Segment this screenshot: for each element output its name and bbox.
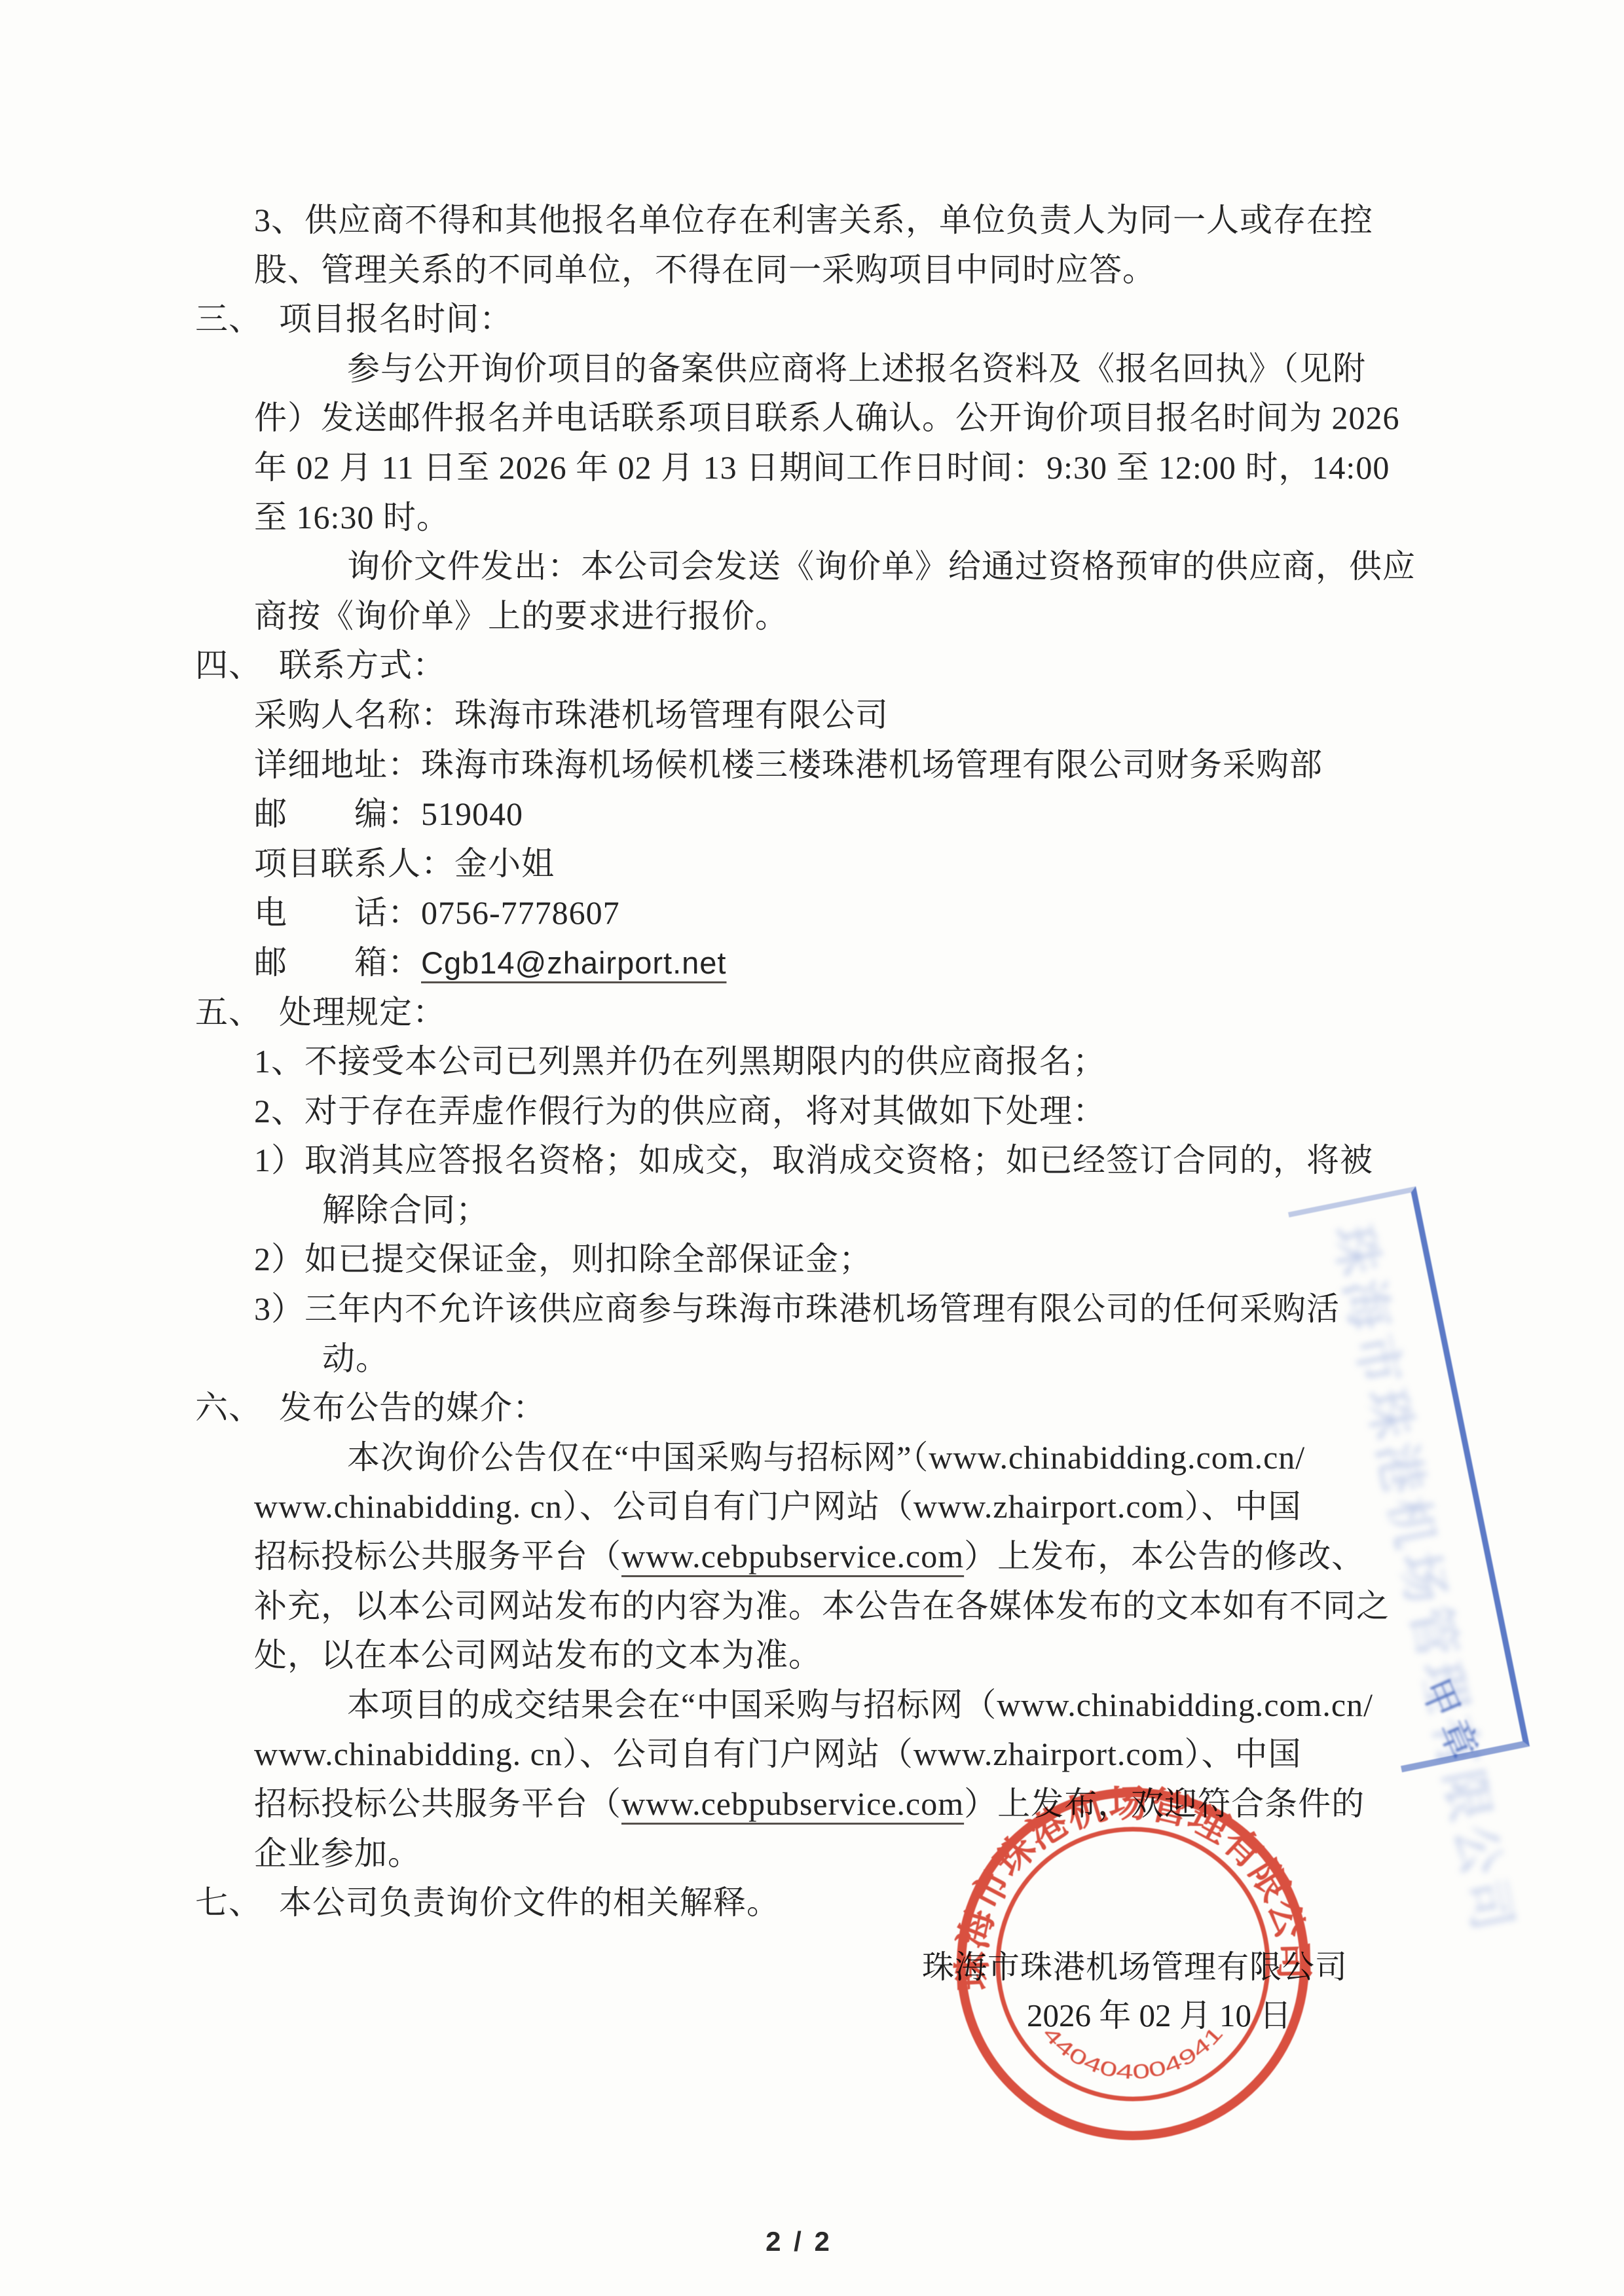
svg-text:440404004941: 440404004941 <box>1039 2022 1228 2083</box>
text-line: 电 话：0756-7778607 <box>0 888 1624 938</box>
text-segment: 本项目的成交结果会在“中国采购与招标网（www.chinabidding.com… <box>347 1686 1373 1723</box>
seal-inner-ring <box>998 1829 1268 2099</box>
text-segment: 项目联系人：金小姐 <box>254 845 555 882</box>
scanned-document-page: 3、供应商不得和其他报名单位存在利害关系，单位负责人为同一人或存在控股、管理关系… <box>0 0 1624 2296</box>
text-segment: 六、 发布公告的媒介： <box>195 1389 546 1426</box>
text-line: 企业参加。 <box>0 1829 1624 1879</box>
text-segment: 招标投标公共服务平台（ <box>254 1538 621 1575</box>
text-segment: 1）取消其应答报名资格；如成交，取消成交资格；如已经签订合同的，将被 <box>254 1142 1373 1178</box>
text-line: 2、对于存在弄虚作假行为的供应商，将对其做如下处理： <box>0 1087 1624 1137</box>
text-segment: 处，以在本公司网站发布的文本为准。 <box>254 1637 822 1673</box>
link-text: www.cebpubservice.com <box>621 1538 964 1575</box>
text-segment: 参与公开询价项目的备案供应商将上述报名资料及《报名回执》（见附 <box>347 350 1366 387</box>
text-segment: 2、对于存在弄虚作假行为的供应商，将对其做如下处理： <box>254 1093 1106 1129</box>
text-line: 年 02 月 11 日至 2026 年 02 月 13 日期间工作日时间：9:3… <box>0 443 1624 493</box>
text-segment: 详细地址：珠海市珠海机场候机楼三楼珠港机场管理有限公司财务采购部 <box>254 746 1323 783</box>
text-line: 详细地址：珠海市珠海机场候机楼三楼珠港机场管理有限公司财务采购部 <box>0 740 1624 790</box>
text-line: 本项目的成交结果会在“中国采购与招标网（www.chinabidding.com… <box>0 1681 1624 1730</box>
text-segment: 邮 编：519040 <box>254 795 523 832</box>
text-segment: 三、 项目报名时间： <box>195 301 513 337</box>
text-segment: 件）发送邮件报名并电话联系项目联系人确认。公开询价项目报名时间为 2026 <box>254 399 1400 436</box>
text-segment: 本次询价公告仅在“中国采购与招标网”（www.chinabidding.com.… <box>347 1439 1305 1476</box>
text-segment: 四、 联系方式： <box>195 647 446 683</box>
text-line: 邮 箱：Cgb14@zhairport.net <box>0 938 1624 988</box>
text-segment: 1、不接受本公司已列黑并仍在列黑期限内的供应商报名； <box>254 1043 1106 1080</box>
company-seal-red: 珠海市珠港机场管理有限公司 440404004941 <box>936 1768 1329 2160</box>
text-segment: 3、供应商不得和其他报名单位存在利害关系，单位负责人为同一人或存在控 <box>254 202 1373 238</box>
text-segment: www.chinabidding. cn）、公司自有门户网站（www.zhair… <box>254 1488 1301 1525</box>
text-line: 项目联系人：金小姐 <box>0 839 1624 889</box>
text-segment: 询价文件发出：本公司会发送《询价单》给通过资格预审的供应商，供应 <box>347 548 1416 585</box>
text-segment: 五、 处理规定： <box>195 994 446 1030</box>
text-segment: www.chinabidding. cn）、公司自有门户网站（www.zhair… <box>254 1736 1301 1772</box>
text-segment: 补充，以本公司网站发布的内容为准。本公告在各媒体发布的文本如有不同之 <box>254 1588 1390 1624</box>
page-number: 2 / 2 <box>730 2226 868 2257</box>
text-line: 1、不接受本公司已列黑并仍在列黑期限内的供应商报名； <box>0 1037 1624 1087</box>
text-segment: 3）三年内不允许该供应商参与珠海市珠港机场管理有限公司的任何采购活 <box>254 1290 1340 1327</box>
text-line: 采购人名称：珠海市珠港机场管理有限公司 <box>0 691 1624 740</box>
text-segment: 至 16:30 时。 <box>254 499 450 536</box>
text-line: 七、 本公司负责询价文件的相关解释。 <box>0 1878 1624 1928</box>
text-line: 1）取消其应答报名资格；如成交，取消成交资格；如已经签订合同的，将被 <box>0 1136 1624 1186</box>
seal-company-text: 珠海市珠港机场管理有限公司 <box>951 1782 1315 1991</box>
text-line: 招标投标公共服务平台（www.cebpubservice.com）上发布，欢迎符… <box>0 1779 1624 1829</box>
text-line: 四、 联系方式： <box>0 641 1624 691</box>
text-segment: 2）如已提交保证金，则扣除全部保证金； <box>254 1241 872 1277</box>
text-line: 股、管理关系的不同单位，不得在同一采购项目中同时应答。 <box>0 246 1624 295</box>
text-segment: 解除合同； <box>322 1192 489 1228</box>
text-segment: 动。 <box>322 1340 389 1377</box>
text-segment: 企业参加。 <box>254 1835 421 1872</box>
text-segment: 七、 本公司负责询价文件的相关解释。 <box>195 1884 780 1921</box>
text-line: 参与公开询价项目的备案供应商将上述报名资料及《报名回执》（见附 <box>0 344 1624 394</box>
text-segment: 商按《询价单》上的要求进行报价。 <box>254 598 788 634</box>
text-line: 五、 处理规定： <box>0 988 1624 1038</box>
link-text: Cgb14@zhairport.net <box>421 945 726 980</box>
text-line: 三、 项目报名时间： <box>0 295 1624 344</box>
text-line: 3、供应商不得和其他报名单位存在利害关系，单位负责人为同一人或存在控 <box>0 196 1624 246</box>
text-segment: 电 话：0756-7778607 <box>254 894 620 931</box>
link-text: www.cebpubservice.com <box>621 1785 964 1822</box>
seal-code-text: 440404004941 <box>1039 2022 1228 2083</box>
text-segment: ）上发布，本公告的修改、 <box>964 1538 1365 1575</box>
text-segment: 股、管理关系的不同单位，不得在同一采购项目中同时应答。 <box>254 251 1156 288</box>
text-line: 件）发送邮件报名并电话联系项目联系人确认。公开询价项目报名时间为 2026 <box>0 393 1624 443</box>
text-segment: 采购人名称：珠海市珠港机场管理有限公司 <box>254 697 889 733</box>
text-line: 商按《询价单》上的要求进行报价。 <box>0 592 1624 642</box>
text-line: 邮 编：519040 <box>0 790 1624 839</box>
text-line: 至 16:30 时。 <box>0 493 1624 543</box>
text-line: 询价文件发出：本公司会发送《询价单》给通过资格预审的供应商，供应 <box>0 542 1624 592</box>
text-segment: 招标投标公共服务平台（ <box>254 1785 621 1822</box>
svg-text:珠海市珠港机场管理有限公司: 珠海市珠港机场管理有限公司 <box>951 1782 1315 1991</box>
text-segment: 年 02 月 11 日至 2026 年 02 月 13 日期间工作日时间：9:3… <box>254 449 1390 486</box>
text-segment: 邮 箱： <box>254 944 421 981</box>
text-line: www.chinabidding. cn）、公司自有门户网站（www.zhair… <box>0 1730 1624 1779</box>
